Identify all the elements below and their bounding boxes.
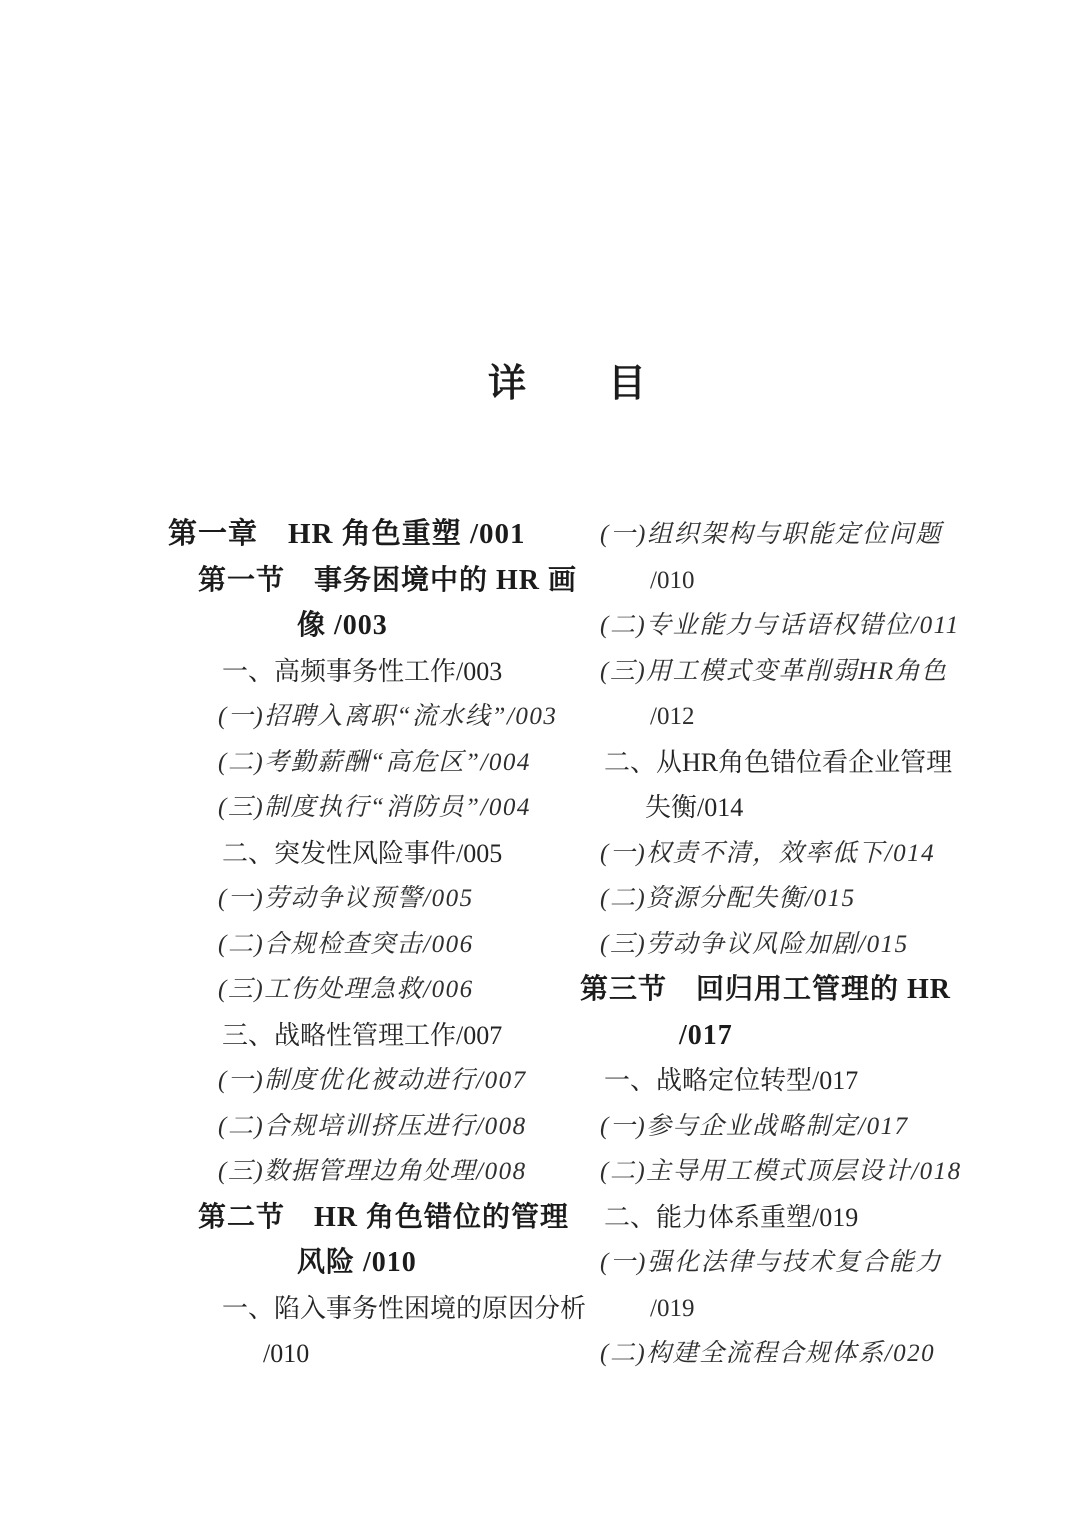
toc-entry-line: /010	[550, 558, 988, 604]
page-title: 详 目	[168, 352, 968, 407]
toc-entry-line: /019	[550, 1286, 988, 1332]
toc-entry-line: (一)权责不清，效率低下/014	[550, 831, 988, 877]
toc-page: 详 目 第一章 HR 角色重塑 /001第一节 事务困境中的 HR 画像 /00…	[0, 0, 1080, 1525]
toc-entry-line: (三)用工模式变革削弱HR角色	[550, 649, 988, 695]
toc-entry-line: /010	[168, 1331, 550, 1377]
toc-entry-line: 二、突发性风险事件/005	[168, 831, 550, 877]
toc-entry-line: 第三节 回归用工管理的 HR	[550, 967, 988, 1013]
toc-entry-line: 一、高频事务性工作/003	[168, 649, 550, 695]
toc-column-right: (一)组织架构与职能定位问题/010(二)专业能力与话语权错位/011(三)用工…	[550, 512, 988, 1377]
toc-entry-line: 二、能力体系重塑/019	[550, 1195, 988, 1241]
toc-entry-line: (二)构建全流程合规体系/020	[550, 1331, 988, 1377]
toc-entry-line: (一)招聘入离职“流水线”/003	[168, 694, 550, 740]
toc-entry-line: 第二节 HR 角色错位的管理	[168, 1195, 550, 1241]
toc-entry-line: 二、从HR角色错位看企业管理	[550, 740, 988, 786]
toc-entry-line: 第一节 事务困境中的 HR 画	[168, 558, 550, 604]
toc-entry-line: 一、陷入事务性困境的原因分析	[168, 1286, 550, 1332]
toc-entry-line: (二)资源分配失衡/015	[550, 876, 988, 922]
toc-entry-line: (一)强化法律与技术复合能力	[550, 1240, 942, 1286]
toc-entry-line: (一)劳动争议预警/005	[168, 876, 550, 922]
toc-entry-line: (一)组织架构与职能定位问题	[550, 512, 942, 558]
toc-entry-line: (二)合规培训挤压进行/008	[168, 1104, 550, 1150]
toc-column-left: 第一章 HR 角色重塑 /001第一节 事务困境中的 HR 画像 /003一、高…	[168, 512, 550, 1377]
toc-entry-line: (二)合规检查突击/006	[168, 922, 550, 968]
toc-entry-line: (三)工伤处理急救/006	[168, 967, 550, 1013]
toc-entry-line: (二)专业能力与话语权错位/011	[550, 603, 988, 649]
toc-entry-line: (一)参与企业战略制定/017	[550, 1104, 988, 1150]
toc-entry-line: 像 /003	[168, 603, 550, 649]
toc-entry-line: 三、战略性管理工作/007	[168, 1013, 550, 1059]
toc-entry-line: (一)制度优化被动进行/007	[168, 1058, 550, 1104]
toc-entry-line: (二)考勤薪酬“高危区”/004	[168, 740, 550, 786]
toc-entry-line: 风险 /010	[168, 1240, 550, 1286]
toc-entry-line: 第一章 HR 角色重塑 /001	[168, 512, 550, 558]
toc-entry-line: 失衡/014	[550, 785, 988, 831]
toc-entry-line: /012	[550, 694, 988, 740]
toc-entry-line: (三)制度执行“消防员”/004	[168, 785, 550, 831]
toc-entry-line: (二)主导用工模式顶层设计/018	[550, 1149, 988, 1195]
toc-entry-line: 一、战略定位转型/017	[550, 1058, 988, 1104]
toc-columns: 第一章 HR 角色重塑 /001第一节 事务困境中的 HR 画像 /003一、高…	[168, 512, 988, 1377]
toc-entry-line: (三)劳动争议风险加剧/015	[550, 922, 988, 968]
toc-entry-line: /017	[550, 1013, 988, 1059]
toc-entry-line: (三)数据管理边角处理/008	[168, 1149, 550, 1195]
